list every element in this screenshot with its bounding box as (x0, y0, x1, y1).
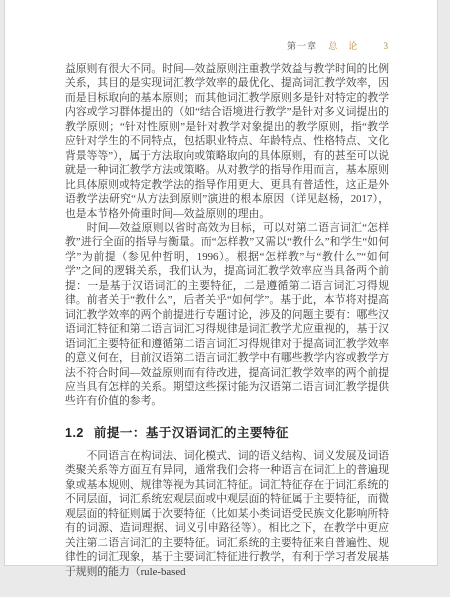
body-paragraph: 不同语言在构词法、词化模式、词的语义结构、词义发展及词语类聚关系等方面互有异同，… (65, 449, 389, 579)
body-text-block: 益原则有很大不同。时间—效益原则注重教学效益与教学时间的比例关系，其目的是实现词… (65, 62, 389, 409)
running-header: 第一章 总 论 3 (65, 39, 389, 52)
chapter-label: 第一章 (287, 41, 317, 51)
page-number: 3 (384, 41, 390, 51)
section-label: 总 论 (328, 41, 358, 51)
section-heading-title: 前提一：基于汉语词汇的主要特征 (94, 426, 289, 440)
body-text-block: 不同语言在构词法、词化模式、词的语义结构、词义发展及词语类聚关系等方面互有异同，… (65, 449, 389, 579)
section-heading-number: 1.2 (65, 426, 84, 440)
body-paragraph: 益原则有很大不同。时间—效益原则注重教学效益与教学时间的比例关系，其目的是实现词… (65, 62, 389, 221)
body-paragraph: 时间—效益原则以省时高效为目标，可以对第二语言词汇“怎样教”进行全面的指导与衡量… (65, 221, 389, 409)
book-page: 第一章 总 论 3 益原则有很大不同。时间—效益原则注重教学效益与教学时间的比例… (4, 0, 438, 566)
section-heading: 1.2前提一：基于汉语词汇的主要特征 (65, 423, 389, 441)
document-canvas: 第一章 总 论 3 益原则有很大不同。时间—效益原则注重教学效益与教学时间的比例… (0, 0, 450, 597)
